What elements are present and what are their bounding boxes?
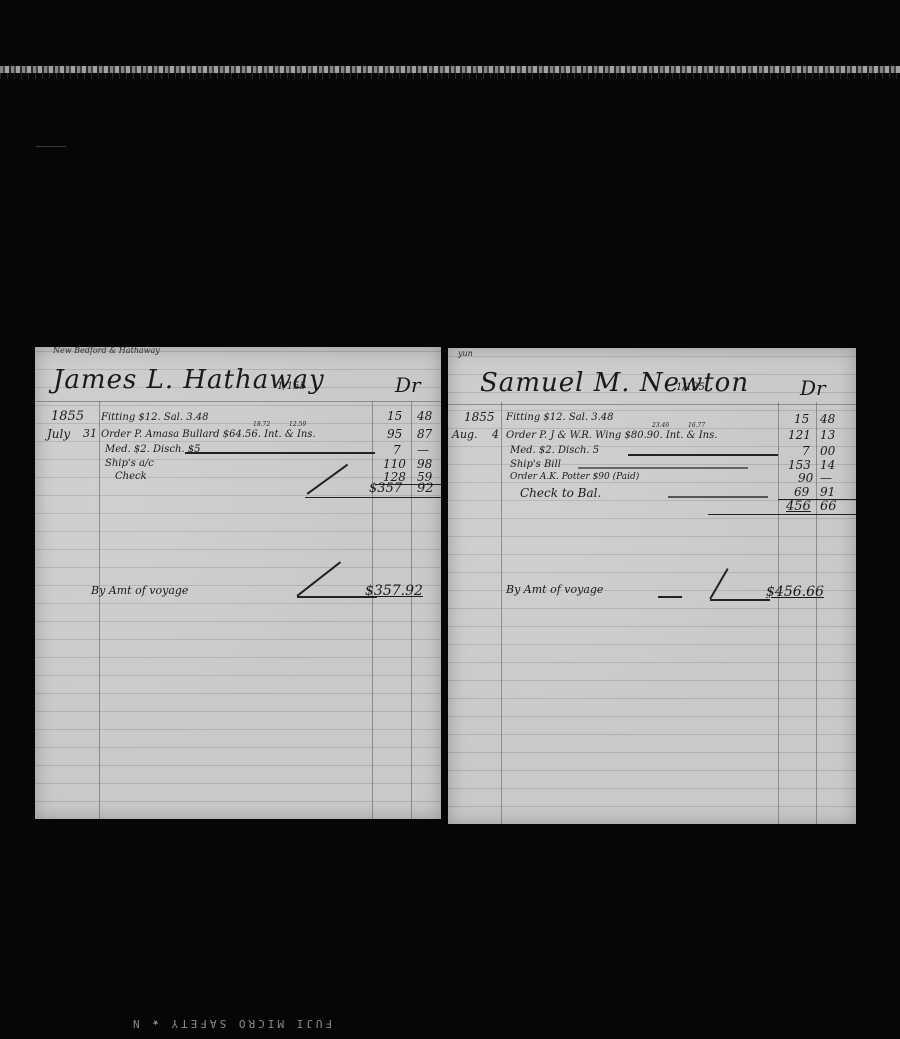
total-rule [305,497,441,498]
corner-note: yun [458,349,473,358]
check-stroke [709,568,728,599]
corner-note: New Bedford & Hathaway [53,346,160,355]
entry-description: Order A.K. Potter $90 (Paid) [510,472,639,482]
entry-dollars: 7 [393,443,401,457]
film-edge-strip [0,66,900,73]
entry-day: 31 [83,427,97,440]
date-column-rule [99,401,100,819]
ledger-page-left: New Bedford & Hathaway James L. Hathaway… [35,347,441,819]
dollars-column-rule [372,401,373,819]
account-name: Samuel M. Newton [480,368,749,398]
entry-cents: 48 [417,409,432,423]
entry-year: 1855 [464,410,495,424]
share-fraction: 1/155 [277,381,306,392]
entry-cents: 14 [820,458,835,472]
entry-cents: 87 [417,427,432,441]
entry-cents: 00 [820,444,835,458]
cents-column-rule [816,402,817,824]
total-dollars: 456 [786,499,811,514]
entry-cents: 98 [417,457,432,471]
film-edge-print: FUJI MICRO SAFETY ★ N [130,1017,332,1030]
entry-dollars: 90 [798,471,813,485]
entry-cents: 91 [820,485,835,499]
entry-cents: — [417,443,429,457]
debit-label: Dr [395,373,421,397]
fill-line [668,496,768,498]
entry-description: Ship's a/c [105,458,154,469]
cents-column-rule [411,401,412,819]
entry-cents: — [820,471,832,485]
entry-dollars: 95 [387,427,402,441]
entry-annotation: 23.46 [652,422,669,429]
entry-dollars: 69 [794,485,809,499]
credit-description: By Amt of voyage [506,583,603,596]
check-stroke [297,561,341,596]
entry-cents: 13 [820,428,835,442]
entry-dollars: 15 [794,412,809,426]
entry-description: Order P. Amasa Bullard $64.56. Int. & In… [101,429,316,440]
entry-dollars: 15 [387,409,402,423]
date-column-rule [501,402,502,824]
share-fraction: 1/125 [676,382,705,393]
entry-description: Fitting $12. Sal. 3.48 [101,412,208,423]
credit-amount: $357.92 [365,583,423,599]
entry-dollars: 153 [788,458,811,472]
entry-annotation: 12.59 [289,421,306,428]
fill-line [628,454,778,456]
entry-year: 1855 [51,409,84,424]
entry-dollars: 110 [383,457,406,471]
entry-description: Check [115,471,147,482]
entry-dollars: 7 [802,444,810,458]
entry-description: Ship's Bill [510,459,561,470]
entry-annotation: 18.72 [253,421,270,428]
entry-month: Aug. [452,428,478,441]
header-rule [35,401,441,402]
entry-description: Order P. J & W.R. Wing $80.90. Int. & In… [506,430,717,441]
total-dollars: $357 [369,481,402,496]
entry-annotation: 16.77 [688,422,705,429]
entry-dollars: 121 [788,428,811,442]
dollars-column-rule [778,402,779,824]
entry-day: 4 [492,428,499,441]
total-cents: 92 [417,481,434,496]
entry-description: Med. $2. Disch. 5 [510,445,599,456]
header-rule [448,404,856,405]
ledger-page-right: yun Samuel M. Newton 1/125 Dr 1855 Aug. … [448,348,856,824]
entry-month: July [47,427,70,441]
fill-line [185,452,375,454]
fill-line [710,599,770,601]
credit-description: By Amt of voyage [91,584,188,597]
entry-description: Check to Bal. [520,486,601,500]
total-rule [708,514,856,515]
fill-line [658,596,682,598]
total-cents: 66 [820,499,837,514]
credit-amount: $456.66 [766,584,824,600]
entry-description: Fitting $12. Sal. 3.48 [506,412,613,423]
entry-cents: 48 [820,412,835,426]
film-scratch [36,146,66,147]
debit-label: Dr [800,376,826,400]
check-stroke [307,464,348,495]
fill-line [578,467,748,469]
